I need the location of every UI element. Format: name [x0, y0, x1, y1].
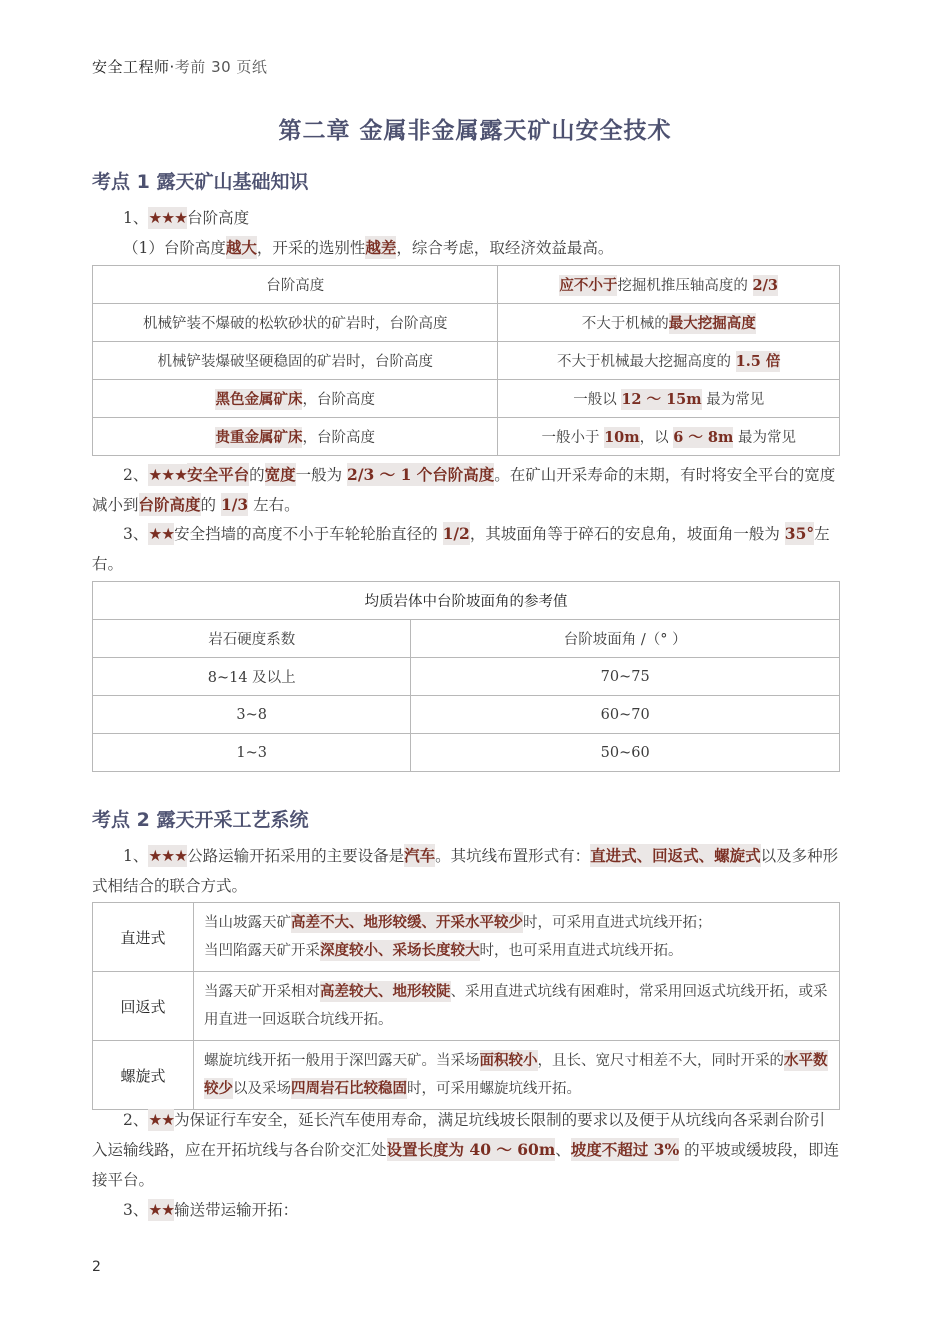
text: 最为常见	[702, 392, 765, 408]
text: 一般为	[296, 466, 347, 484]
text: 的	[249, 466, 265, 484]
highlight: 台阶高度	[139, 493, 201, 516]
highlight: 直进式、回返式、螺旋式	[590, 844, 761, 867]
table-row: 黑色金属矿床，台阶高度 一般以 12 ～ 15m 最为常见	[93, 380, 840, 418]
star-rating-icon: ★★	[148, 1109, 174, 1131]
text: 公路运输开拓采用的主要设备是	[187, 847, 404, 865]
highlight: 35°	[785, 522, 814, 545]
table-row: 螺旋式 螺旋坑线开拓一般用于深凹露天矿。当采场面积较小，且长、宽尺寸相差不大，同…	[93, 1041, 840, 1110]
text: 台阶高度	[266, 278, 324, 294]
row-label: 回返式	[93, 972, 194, 1041]
highlight: 高差不大、地形较缓、开采水平较少	[291, 912, 523, 933]
item-number: 3、	[123, 525, 148, 543]
text: 螺旋坑线开拓一般用于深凹露天矿。当采场	[204, 1053, 480, 1069]
text: 当山坡露天矿	[204, 915, 291, 931]
table-row: 回返式 当露天矿开采相对高差较大、地形较陡、采用直进式坑线有困难时，常采用回返式…	[93, 972, 840, 1041]
text: 最为常见	[733, 430, 796, 446]
table-cell: 黑色金属矿床，台阶高度	[93, 380, 498, 418]
table-row: 直进式 当山坡露天矿高差不大、地形较缓、开采水平较少时，可采用直进式坑线开拓； …	[93, 903, 840, 972]
slope-angle-table: 均质岩体中台阶坡面角的参考值 岩石硬度系数 台阶坡面角 /（° ） 8~14 及…	[92, 581, 840, 772]
text: 安全挡墙的高度不小于车轮轮胎直径的	[174, 525, 442, 543]
highlight: 汽车	[404, 844, 435, 867]
column-header: 岩石硬度系数	[93, 620, 411, 658]
highlight: 高差较大、地形较陡	[320, 981, 451, 1002]
text: 左右。	[248, 496, 299, 514]
star-rating-icon: ★★	[148, 1199, 174, 1221]
table-cell: 台阶高度	[93, 266, 498, 304]
item-number: 1、	[123, 209, 148, 227]
section-1-title: 考点 1 露天矿山基础知识	[92, 167, 308, 194]
text: 挖掘机推压轴高度的	[617, 278, 752, 294]
text: 输送带运输开拓：	[174, 1201, 298, 1219]
row-label: 螺旋式	[93, 1041, 194, 1110]
item-number: 2、	[123, 1111, 148, 1129]
highlight: 宽度	[265, 463, 296, 486]
s2-item-1: 1、★★★公路运输开拓采用的主要设备是汽车。其坑线布置形式有：直进式、回返式、螺…	[92, 841, 840, 901]
running-header: 安全工程师·考前 30 页纸	[92, 56, 267, 77]
column-header: 台阶坡面角 /（° ）	[411, 620, 840, 658]
s2-item-3: 3、★★输送带运输开拓：	[92, 1195, 840, 1225]
text: ，其坡面角等于碎石的安息角，坡面角一般为	[470, 525, 785, 543]
star-rating-icon: ★★	[148, 523, 174, 545]
text: 时，也可采用直进式坑线开拓。	[480, 943, 683, 959]
table-cell: 不大于机械最大挖掘高度的 1.5 倍	[498, 342, 840, 380]
text: 一般小于	[541, 430, 604, 446]
text: ，开采的选别性	[257, 239, 366, 257]
highlight: 黑色金属矿床	[215, 389, 302, 410]
highlight: 最大挖掘高度	[669, 313, 756, 334]
table-cell: 机械铲装爆破坚硬稳固的矿岩时，台阶高度	[93, 342, 498, 380]
text: 不大于机械的	[582, 316, 669, 332]
table-row: 机械铲装爆破坚硬稳固的矿岩时，台阶高度 不大于机械最大挖掘高度的 1.5 倍	[93, 342, 840, 380]
text: 当凹陷露天矿开采	[204, 943, 320, 959]
highlight: 1/2	[443, 522, 470, 545]
text: ，以	[640, 430, 674, 446]
table-cell: 60~70	[411, 696, 840, 734]
text: 一般以	[573, 392, 621, 408]
text: 时，可采用直进式坑线开拓；	[523, 915, 712, 931]
header-subtitle: 考前 30 页纸	[175, 58, 268, 76]
item-number: 3、	[123, 1201, 148, 1219]
highlight: 设置长度为 40 ～ 60m	[387, 1138, 556, 1161]
table-row: 3~8 60~70	[93, 696, 840, 734]
section-2-title: 考点 2 露天开采工艺系统	[92, 805, 308, 832]
table-cell: 8~14 及以上	[93, 658, 411, 696]
text: 。其坑线布置形式有：	[435, 847, 590, 865]
highlight: 越差	[365, 236, 396, 259]
s1-item-2: 2、★★★安全平台的宽度一般为 2/3 ～ 1 个台阶高度。在矿山开采寿命的末期…	[92, 460, 840, 520]
highlight: 贵重金属矿床	[215, 427, 302, 448]
table-cell: 不大于机械的最大挖掘高度	[498, 304, 840, 342]
text-line: 当凹陷露天矿开采深度较小、采场长度较大时，也可采用直进式坑线开拓。	[204, 937, 829, 965]
table-cell: 一般小于 10m，以 6 ～ 8m 最为常见	[498, 418, 840, 456]
table-cell: 3~8	[93, 696, 411, 734]
text: ，综合考虑，取经济效益最高。	[396, 239, 613, 257]
highlight: 2/3 ～ 1 个台阶高度	[347, 463, 494, 486]
text: 机械铲装爆破坚硬稳固的矿岩时，台阶高度	[157, 354, 433, 370]
table-row: 1~3 50~60	[93, 734, 840, 772]
table-cell: 应不小于挖掘机推压轴高度的 2/3	[498, 266, 840, 304]
star-rating-icon: ★★★	[148, 845, 187, 867]
table-header-row: 岩石硬度系数 台阶坡面角 /（° ）	[93, 620, 840, 658]
highlight: 安全平台	[187, 463, 249, 486]
s1-item-1-sub: （1）台阶高度越大，开采的选别性越差，综合考虑，取经济效益最高。	[92, 233, 840, 263]
text: 时，可采用螺旋坑线开拓。	[407, 1081, 581, 1097]
row-label: 直进式	[93, 903, 194, 972]
table-row: 机械铲装不爆破的松软砂状的矿岩时，台阶高度 不大于机械的最大挖掘高度	[93, 304, 840, 342]
table-cell: 1~3	[93, 734, 411, 772]
highlight: 四周岩石比较稳固	[291, 1078, 407, 1099]
table-cell: 当露天矿开采相对高差较大、地形较陡、采用直进式坑线有困难时，常采用回返式坑线开拓…	[194, 972, 840, 1041]
highlight: 1.5 倍	[736, 351, 781, 372]
item-text: 台阶高度	[187, 209, 249, 227]
table-caption: 均质岩体中台阶坡面角的参考值	[93, 582, 840, 620]
highlight: 12 ～ 15m	[621, 389, 701, 410]
text: 机械铲装不爆破的松软砂状的矿岩时，台阶高度	[143, 316, 448, 332]
page-number: 2	[92, 1259, 101, 1275]
s2-item-2: 2、★★为保证行车安全，延长汽车使用寿命，满足坑线坡长限制的要求以及便于从坑线向…	[92, 1105, 840, 1195]
chapter-title: 第二章 金属非金属露天矿山安全技术	[0, 112, 950, 145]
bench-height-table: 台阶高度 应不小于挖掘机推压轴高度的 2/3 机械铲装不爆破的松软砂状的矿岩时，…	[92, 265, 840, 456]
s1-item-1: 1、★★★台阶高度	[92, 203, 840, 233]
table-cell: 70~75	[411, 658, 840, 696]
highlight: 坡度不超过 3%	[571, 1138, 679, 1161]
highlight: 1/3	[221, 493, 248, 516]
star-rating-icon: ★★★	[148, 464, 187, 486]
highlight: 深度较小、采场长度较大	[320, 940, 480, 961]
table-caption-row: 均质岩体中台阶坡面角的参考值	[93, 582, 840, 620]
table-cell: 一般以 12 ～ 15m 最为常见	[498, 380, 840, 418]
text-line: 当山坡露天矿高差不大、地形较缓、开采水平较少时，可采用直进式坑线开拓；	[204, 909, 829, 937]
item-number: 2、	[123, 466, 148, 484]
text: ，且长、宽尺寸相差不大，同时开采的	[538, 1053, 785, 1069]
text: （1）台阶高度	[123, 239, 226, 257]
item-number: 1、	[123, 847, 148, 865]
highlight: 面积较小	[480, 1050, 538, 1071]
highlight: 6 ～ 8m	[673, 427, 733, 448]
table-cell: 贵重金属矿床，台阶高度	[93, 418, 498, 456]
pit-line-layout-table: 直进式 当山坡露天矿高差不大、地形较缓、开采水平较少时，可采用直进式坑线开拓； …	[92, 902, 840, 1110]
table-cell: 螺旋坑线开拓一般用于深凹露天矿。当采场面积较小，且长、宽尺寸相差不大，同时开采的…	[194, 1041, 840, 1110]
highlight: 越大	[226, 236, 257, 259]
table-cell: 机械铲装不爆破的松软砂状的矿岩时，台阶高度	[93, 304, 498, 342]
highlight: 应不小于	[559, 275, 617, 296]
highlight: 10m	[604, 427, 640, 448]
text: 当露天矿开采相对	[204, 984, 320, 1000]
table-row: 8~14 及以上 70~75	[93, 658, 840, 696]
highlight: 2/3	[753, 275, 778, 296]
table-cell: 当山坡露天矿高差不大、地形较缓、开采水平较少时，可采用直进式坑线开拓； 当凹陷露…	[194, 903, 840, 972]
text: 的	[201, 496, 221, 514]
star-rating-icon: ★★★	[148, 207, 187, 229]
text: ，台阶高度	[302, 430, 375, 446]
table-row: 贵重金属矿床，台阶高度 一般小于 10m，以 6 ～ 8m 最为常见	[93, 418, 840, 456]
header-title: 安全工程师	[92, 58, 170, 76]
text: 不大于机械最大挖掘高度的	[557, 354, 736, 370]
text: 以及采场	[233, 1081, 291, 1097]
text: ，台阶高度	[302, 392, 375, 408]
text: 、	[555, 1141, 571, 1159]
table-cell: 50~60	[411, 734, 840, 772]
table-row: 台阶高度 应不小于挖掘机推压轴高度的 2/3	[93, 266, 840, 304]
s1-item-3: 3、★★安全挡墙的高度不小于车轮轮胎直径的 1/2，其坡面角等于碎石的安息角，坡…	[92, 519, 840, 579]
